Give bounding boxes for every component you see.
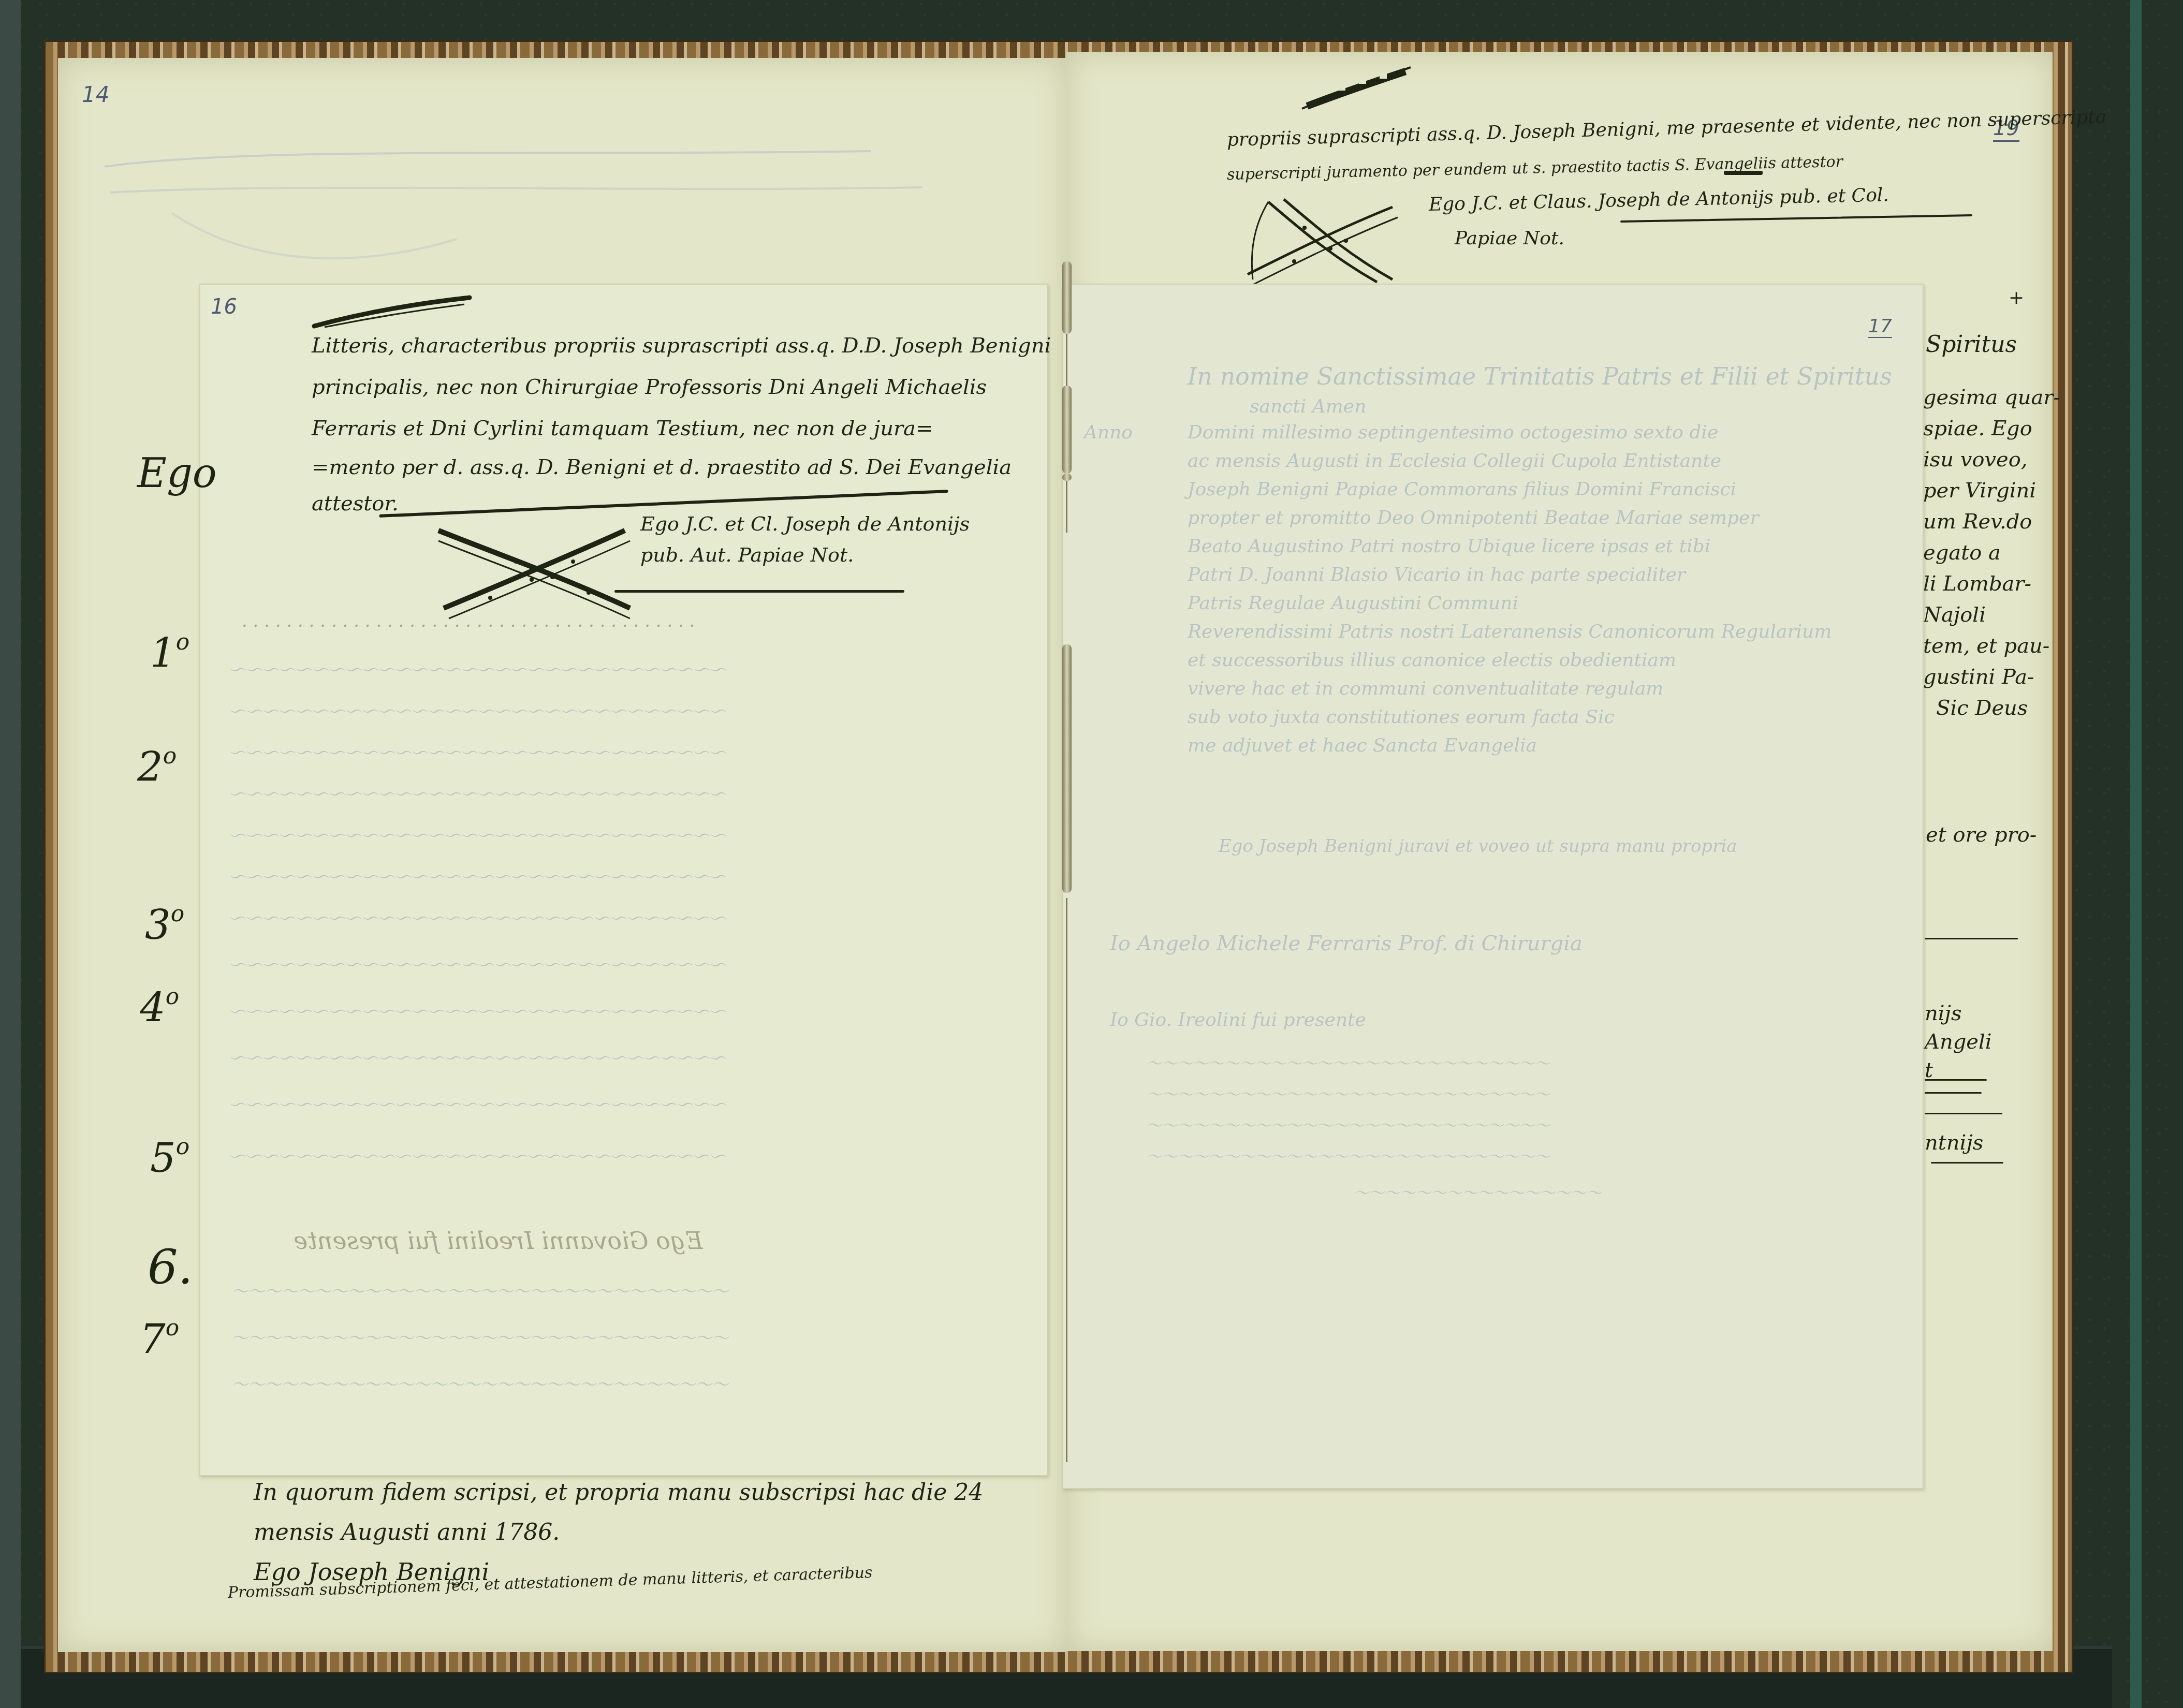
edge-fragment: gesima quar-: [1923, 386, 2060, 409]
show-through-text: ～～～～～～～～～～～～～～～～～～～～～～～～～～～～～～: [231, 999, 728, 1023]
header-flourish-right: [1297, 62, 1416, 114]
right-inserted-leaf: 17 In nomine Sanctissimae Trinitatis Pat…: [1062, 284, 1924, 1489]
show-through-text: ～～～～～～～～～～～～～～～～～～～～～～～～～～～～～～: [231, 864, 728, 888]
show-through-text: ～～～～～～～～～～～～～～～～: [1353, 1180, 1602, 1203]
margin-numeral-3: 3o: [145, 901, 184, 949]
glass-edge-left: [0, 0, 21, 1708]
edge-fragment: gustini Pa-: [1923, 665, 2034, 689]
corner-mark: +: [2009, 287, 2024, 308]
attestation-line-1: Litteris, characteribus propriis suprasc…: [312, 334, 1051, 358]
show-through-scribble: [94, 136, 1026, 291]
faint-line: Domini millesimo septingentesimo octoges…: [1188, 422, 1718, 443]
edge-rule: [1925, 938, 2018, 939]
right-notary-seal-icon: [1237, 197, 1408, 285]
faint-line: Patri D. Joanni Blasio Vicario in hac pa…: [1188, 564, 1686, 585]
header-flourish: [309, 295, 475, 331]
edge-fragment: tem, et pau-: [1923, 634, 2049, 658]
faint-line: et successoribus illius canonice electis…: [1188, 650, 1676, 671]
edge-rule: [1925, 1092, 1982, 1094]
show-through-text: ～～～～～～～～～～～～～～～～～～～～～～～～～～～～～～: [231, 699, 728, 723]
notary-seal-icon: [428, 520, 646, 624]
show-through-text: ～～～～～～～～～～～～～～～～～～～～～～～～～～～～～～: [231, 952, 728, 976]
edge-fragment: spiae. Ego: [1923, 417, 2032, 440]
edge-fragment: Spiritus: [1926, 331, 2017, 358]
show-through-text: ～～～～～～～～～～～～～～～～～～～～～～～～～～～～～～: [231, 657, 728, 681]
closing-line-1: In quorum fidem scripsi, et propria manu…: [254, 1479, 983, 1506]
faint-oath: Ego Joseph Benigni juravi et voveo ut su…: [1219, 836, 1737, 857]
faint-margin-note: Anno: [1084, 422, 1133, 443]
attestation-line-5: attestor.: [312, 492, 399, 516]
show-through-text: ～～～～～～～～～～～～～～～～～～～～～～～～～～～～～～: [231, 1046, 728, 1069]
right-top-rule: [1724, 171, 1763, 175]
edge-rule: [1925, 1113, 2002, 1114]
show-through-text: ～～～～～～～～～～～～～～～～～～～～～～～～～～～～～～: [231, 782, 728, 805]
margin-numeral-7: 7o: [140, 1315, 179, 1363]
attestation-line-3: Ferraris et Dni Cyrlini tamquam Testium,…: [312, 417, 933, 440]
faint-heading: In nomine Sanctissimae Trinitatis Patris…: [1188, 362, 1892, 390]
margin-numeral-5: 5o: [150, 1133, 189, 1182]
show-through-text: ～～～～～～～～～～～～～～～～～～～～～～～～～～～～～～: [231, 1144, 728, 1168]
show-through-text: ～～～～～～～～～～～～～～～～～～～～～～～～～～: [1146, 1144, 1550, 1167]
closing-line-2: mensis Augusti anni 1786.: [254, 1519, 560, 1545]
show-through-text: ～～～～～～～～～～～～～～～～～～～～～～～～～～～～～～: [231, 906, 728, 930]
faint-line: Patris Regulae Augustini Communi: [1188, 593, 1518, 614]
faint-text: · · · · · · · · · · · · · · · · · · · · …: [242, 616, 695, 637]
faint-line: Reverendissimi Patris nostri Lateranensi…: [1188, 621, 1832, 642]
edge-rule: [1931, 1162, 2003, 1164]
show-through-text: ～～～～～～～～～～～～～～～～～～～～～～～～～～～～～～: [231, 1278, 728, 1302]
margin-numeral-4: 4o: [140, 983, 179, 1032]
show-through-text: ～～～～～～～～～～～～～～～～～～～～～～～～～～～～～～: [231, 823, 728, 847]
left-inserted-leaf: 16 Litteris, characteribus propriis supr…: [199, 284, 1048, 1476]
edge-fragment: ntnijs: [1925, 1131, 1983, 1155]
faint-mirrored-signature: Ego Giovanni Ireolini fui presente: [294, 1227, 703, 1255]
faint-line: propter et promitto Deo Omnipotenti Beat…: [1188, 507, 1759, 528]
edge-fragment: isu voveo,: [1923, 448, 2028, 472]
show-through-text: ～～～～～～～～～～～～～～～～～～～～～～～～～～: [1146, 1082, 1550, 1105]
right-notary-signature-2: Papiae Not.: [1455, 228, 1564, 249]
notary-signature-line-1: Ego J.C. et Cl. Joseph de Antonijs: [640, 512, 970, 535]
faint-line: Joseph Benigni Papiae Commorans filius D…: [1188, 479, 1736, 500]
faint-witness-1: Io Angelo Michele Ferraris Prof. di Chir…: [1110, 932, 1583, 955]
margin-numeral-2: 2o: [137, 743, 177, 791]
show-through-text: ～～～～～～～～～～～～～～～～～～～～～～～～～～～～～～: [231, 1372, 728, 1395]
edge-rule: [1925, 1079, 1987, 1081]
faint-witness-2: Io Gio. Ireolini fui presente: [1110, 1009, 1366, 1030]
edge-fragment: um Rev.do: [1923, 510, 2032, 534]
margin-numeral-6: 6.: [148, 1240, 193, 1295]
left-leaf-folio-number: 16: [211, 295, 237, 319]
edge-fragment: Sic Deus: [1936, 696, 2028, 720]
glass-edge-right: [2130, 0, 2142, 1708]
show-through-text: ～～～～～～～～～～～～～～～～～～～～～～～～～～～～～～: [231, 740, 728, 764]
spine-binding-thread: [1062, 261, 1072, 1462]
edge-fragment: egato a: [1923, 541, 2001, 565]
signature-rule: [614, 590, 904, 593]
show-through-text: ～～～～～～～～～～～～～～～～～～～～～～～～～～～～～～: [231, 1092, 728, 1116]
show-through-text: ～～～～～～～～～～～～～～～～～～～～～～～～～～～～～～: [231, 1325, 728, 1349]
edge-fragment: Angeli: [1925, 1030, 1992, 1054]
edge-fragment: li Lombar-: [1923, 572, 2031, 596]
faint-subheading: sancti Amen: [1250, 396, 1366, 417]
edge-fragment: per Virgini: [1923, 479, 2036, 503]
faint-line: Beato Augustino Patri nostro Ubique lice…: [1188, 536, 1710, 557]
show-through-text: ～～～～～～～～～～～～～～～～～～～～～～～～～～: [1146, 1113, 1550, 1136]
edge-fragment: et ore pro-: [1926, 823, 2037, 847]
right-leaf-folio-number: 17: [1868, 316, 1892, 338]
faint-line: sub voto juxta constitutiones eorum fact…: [1188, 706, 1615, 728]
attestation-line-4: =mento per d. ass.q. D. Benigni et d. pr…: [312, 455, 1012, 479]
notary-signature-line-2: pub. Aut. Papiae Not.: [640, 543, 854, 566]
edge-fragment: Najoli: [1923, 603, 1986, 627]
edge-fragment: nijs: [1925, 1002, 1961, 1025]
attestation-line-2: principalis, nec non Chirurgiae Professo…: [312, 375, 987, 399]
faint-line: me adjuvet et haec Sancta Evangelia: [1188, 735, 1537, 756]
show-through-text: ～～～～～～～～～～～～～～～～～～～～～～～～～～: [1146, 1051, 1550, 1073]
faint-line: ac mensis Augusti in Ecclesia Collegii C…: [1188, 450, 1721, 472]
left-page-number: 14: [82, 82, 109, 107]
margin-numeral-1: 1o: [150, 629, 189, 677]
margin-numeral-ego: Ego: [137, 450, 217, 497]
faint-line: vivere hac et in communi conventualitate…: [1188, 678, 1664, 699]
